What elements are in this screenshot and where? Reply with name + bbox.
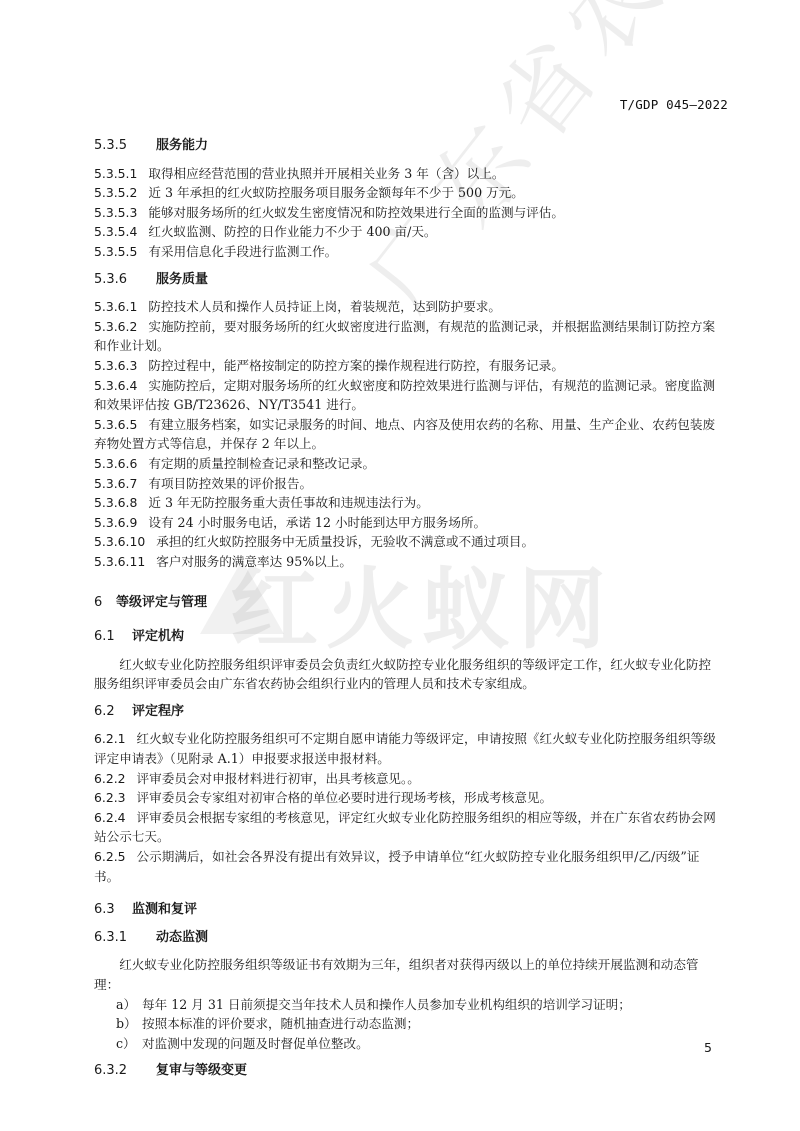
heading-6-2: 6.2评定程序 — [94, 702, 720, 722]
heading-title: 评定程序 — [132, 704, 184, 719]
heading-number: 5.3.5 — [94, 136, 156, 156]
heading-6-3-2: 6.3.2复审与等级变更 — [94, 1061, 720, 1081]
heading-6-3-1: 6.3.1动态监测 — [94, 928, 720, 948]
document-page: 红火蚁网 广东省农药协会 T/GDP 045—2022 5.3.5服务能力 5.… — [0, 0, 800, 1131]
heading-6-1: 6.1评定机构 — [94, 627, 720, 647]
list-item: a）每年 12 月 31 日前须提交当年技术人员和操作人员参加专业机构组织的培训… — [94, 995, 720, 1015]
clause-item: 5.3.6.4实施防控后，定期对服务场所的红火蚁密度和防控效果进行监测与评估，有… — [94, 376, 720, 415]
clause-item: 5.3.6.5有建立服务档案，如实记录服务的时间、地点、内容及使用农药的名称、用… — [94, 415, 720, 454]
document-body: 5.3.5服务能力 5.3.5.1取得相应经营范围的营业执照并开展相关业务 3 … — [94, 136, 720, 1081]
heading-5-3-5: 5.3.5服务能力 — [94, 136, 720, 156]
heading-title: 监测和复评 — [132, 902, 197, 917]
heading-number: 6.2 — [94, 702, 132, 722]
clause-item: 5.3.6.3防控过程中，能严格按制定的防控方案的操作规程进行防控，有服务记录。 — [94, 356, 720, 376]
heading-5-3-6: 5.3.6服务质量 — [94, 270, 720, 290]
clause-item: 5.3.5.3能够对服务场所的红火蚁发生密度情况和防控效果进行全面的监测与评估。 — [94, 203, 720, 223]
standard-code: T/GDP 045—2022 — [620, 97, 728, 112]
clause-item: 5.3.6.10承担的红火蚁防控服务中无质量投诉，无验收不满意或不通过项目。 — [94, 532, 720, 552]
heading-number: 6.3.1 — [94, 928, 156, 948]
clause-item: 5.3.6.9设有 24 小时服务电话，承诺 12 小时能到达甲方服务场所。 — [94, 513, 720, 533]
heading-6-3: 6.3监测和复评 — [94, 900, 720, 920]
heading-title: 等级评定与管理 — [116, 595, 207, 610]
clause-item: 5.3.5.5有采用信息化手段进行监测工作。 — [94, 242, 720, 262]
clause-item: 6.2.5公示期满后，如社会各界没有提出有效异议，授予申请单位“红火蚁防控专业化… — [94, 847, 720, 886]
clause-item: 5.3.6.6有定期的质量控制检查记录和整改记录。 — [94, 454, 720, 474]
clause-item: 5.3.5.4红火蚁监测、防控的日作业能力不少于 400 亩/天。 — [94, 222, 720, 242]
paragraph: 红火蚁专业化防控服务组织评审委员会负责红火蚁防控专业化服务组织的等级评定工作，红… — [94, 655, 720, 694]
clause-item: 6.2.4评审委员会根据专家组的考核意见，评定红火蚁专业化防控服务组织的相应等级… — [94, 808, 720, 847]
list-item: b）按照本标准的评价要求，随机抽查进行动态监测； — [94, 1014, 720, 1034]
clause-item: 6.2.1红火蚁专业化防控服务组织可不定期自愿申请能力等级评定，申请按照《红火蚁… — [94, 729, 720, 768]
clause-item: 5.3.6.8近 3 年无防控服务重大责任事故和违规违法行为。 — [94, 493, 720, 513]
clause-item: 5.3.5.1取得相应经营范围的营业执照并开展相关业务 3 年（含）以上。 — [94, 164, 720, 184]
heading-title: 评定机构 — [132, 629, 184, 644]
heading-number: 6 — [94, 593, 116, 613]
clause-item: 5.3.6.1防控技术人员和操作人员持证上岗，着装规范，达到防护要求。 — [94, 297, 720, 317]
clause-item: 5.3.6.7有项目防控效果的评价报告。 — [94, 474, 720, 494]
page-number: 5 — [704, 1040, 712, 1055]
heading-title: 复审与等级变更 — [156, 1063, 247, 1078]
heading-number: 6.3.2 — [94, 1061, 156, 1081]
heading-title: 服务质量 — [156, 272, 208, 287]
heading-number: 5.3.6 — [94, 270, 156, 290]
clause-item: 5.3.6.2实施防控前，要对服务场所的红火蚁密度进行监测，有规范的监测记录，并… — [94, 317, 720, 356]
clause-item: 5.3.5.2近 3 年承担的红火蚁防控服务项目服务金额每年不少于 500 万元… — [94, 183, 720, 203]
clause-item: 6.2.3评审委员会专家组对初审合格的单位必要时进行现场考核，形成考核意见。 — [94, 788, 720, 808]
heading-6: 6等级评定与管理 — [94, 593, 720, 613]
heading-title: 动态监测 — [156, 930, 208, 945]
list-item: c）对监测中发现的问题及时督促单位整改。 — [94, 1034, 720, 1054]
paragraph: 红火蚁专业化防控服务组织等级证书有效期为三年，组织者对获得丙级以上的单位持续开展… — [94, 955, 720, 994]
clause-item: 6.2.2评审委员会对申报材料进行初审，出具考核意见。。 — [94, 769, 720, 789]
heading-number: 6.1 — [94, 627, 132, 647]
heading-number: 6.3 — [94, 900, 132, 920]
clause-item: 5.3.6.11客户对服务的满意率达 95%以上。 — [94, 552, 720, 572]
heading-title: 服务能力 — [156, 138, 208, 153]
